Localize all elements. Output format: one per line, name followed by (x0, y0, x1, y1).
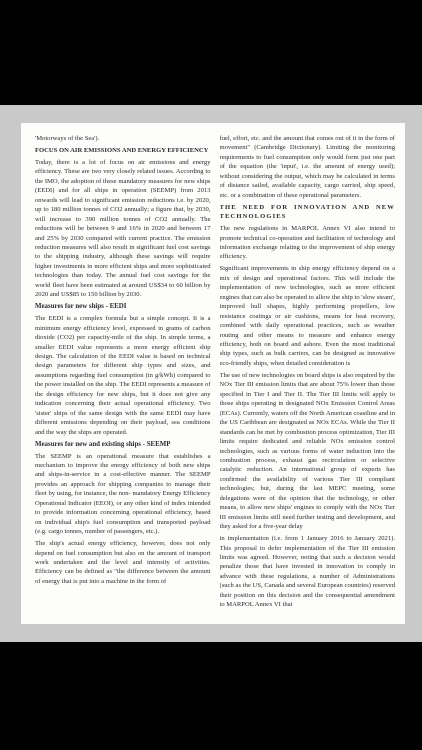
paragraph: Today, there is a lot of focus on air em… (35, 158, 211, 300)
sub-heading-seemp: Measures for new and existing ships - SE… (35, 440, 211, 449)
page-margin-area: 'Motorways of the Sea'). FOCUS ON AIR EM… (0, 105, 422, 642)
bottom-letterbox-bar (0, 642, 422, 750)
left-column: 'Motorways of the Sea'). FOCUS ON AIR EM… (35, 134, 211, 624)
screen: 'Motorways of the Sea'). FOCUS ON AIR EM… (0, 0, 422, 750)
paragraph: The EEDI is a complex formula but a simp… (35, 314, 211, 437)
section-heading-air-emissions: FOCUS ON AIR EMISSIONS AND ENERGY EFFICI… (35, 146, 211, 155)
paragraph: in implementation (i.e. from 1 January 2… (220, 534, 396, 610)
paragraph: The ship's actual energy efficiency, how… (35, 539, 211, 586)
section-heading-innovation: THE NEED FOR INNOVATION AND NEW TECHNOLO… (220, 203, 396, 222)
carryover-text-fragment: 'Motorways of the Sea'). (35, 134, 211, 143)
paragraph: Significant improvements in ship energy … (220, 264, 396, 368)
paragraph: fuel, effort, etc. and the amount that c… (220, 134, 396, 200)
sub-heading-eedi: Measures for new ships - EEDI (35, 302, 211, 311)
right-column: fuel, effort, etc. and the amount that c… (220, 134, 396, 624)
paragraph: The SEEMP is an operational measure that… (35, 452, 211, 537)
top-letterbox-bar (0, 0, 422, 105)
document-page: 'Motorways of the Sea'). FOCUS ON AIR EM… (21, 123, 405, 624)
paragraph: The use of new technologies on board shi… (220, 371, 396, 532)
paragraph: The new regulations in MARPOL Annex VI a… (220, 224, 396, 262)
two-column-layout: 'Motorways of the Sea'). FOCUS ON AIR EM… (35, 134, 395, 624)
